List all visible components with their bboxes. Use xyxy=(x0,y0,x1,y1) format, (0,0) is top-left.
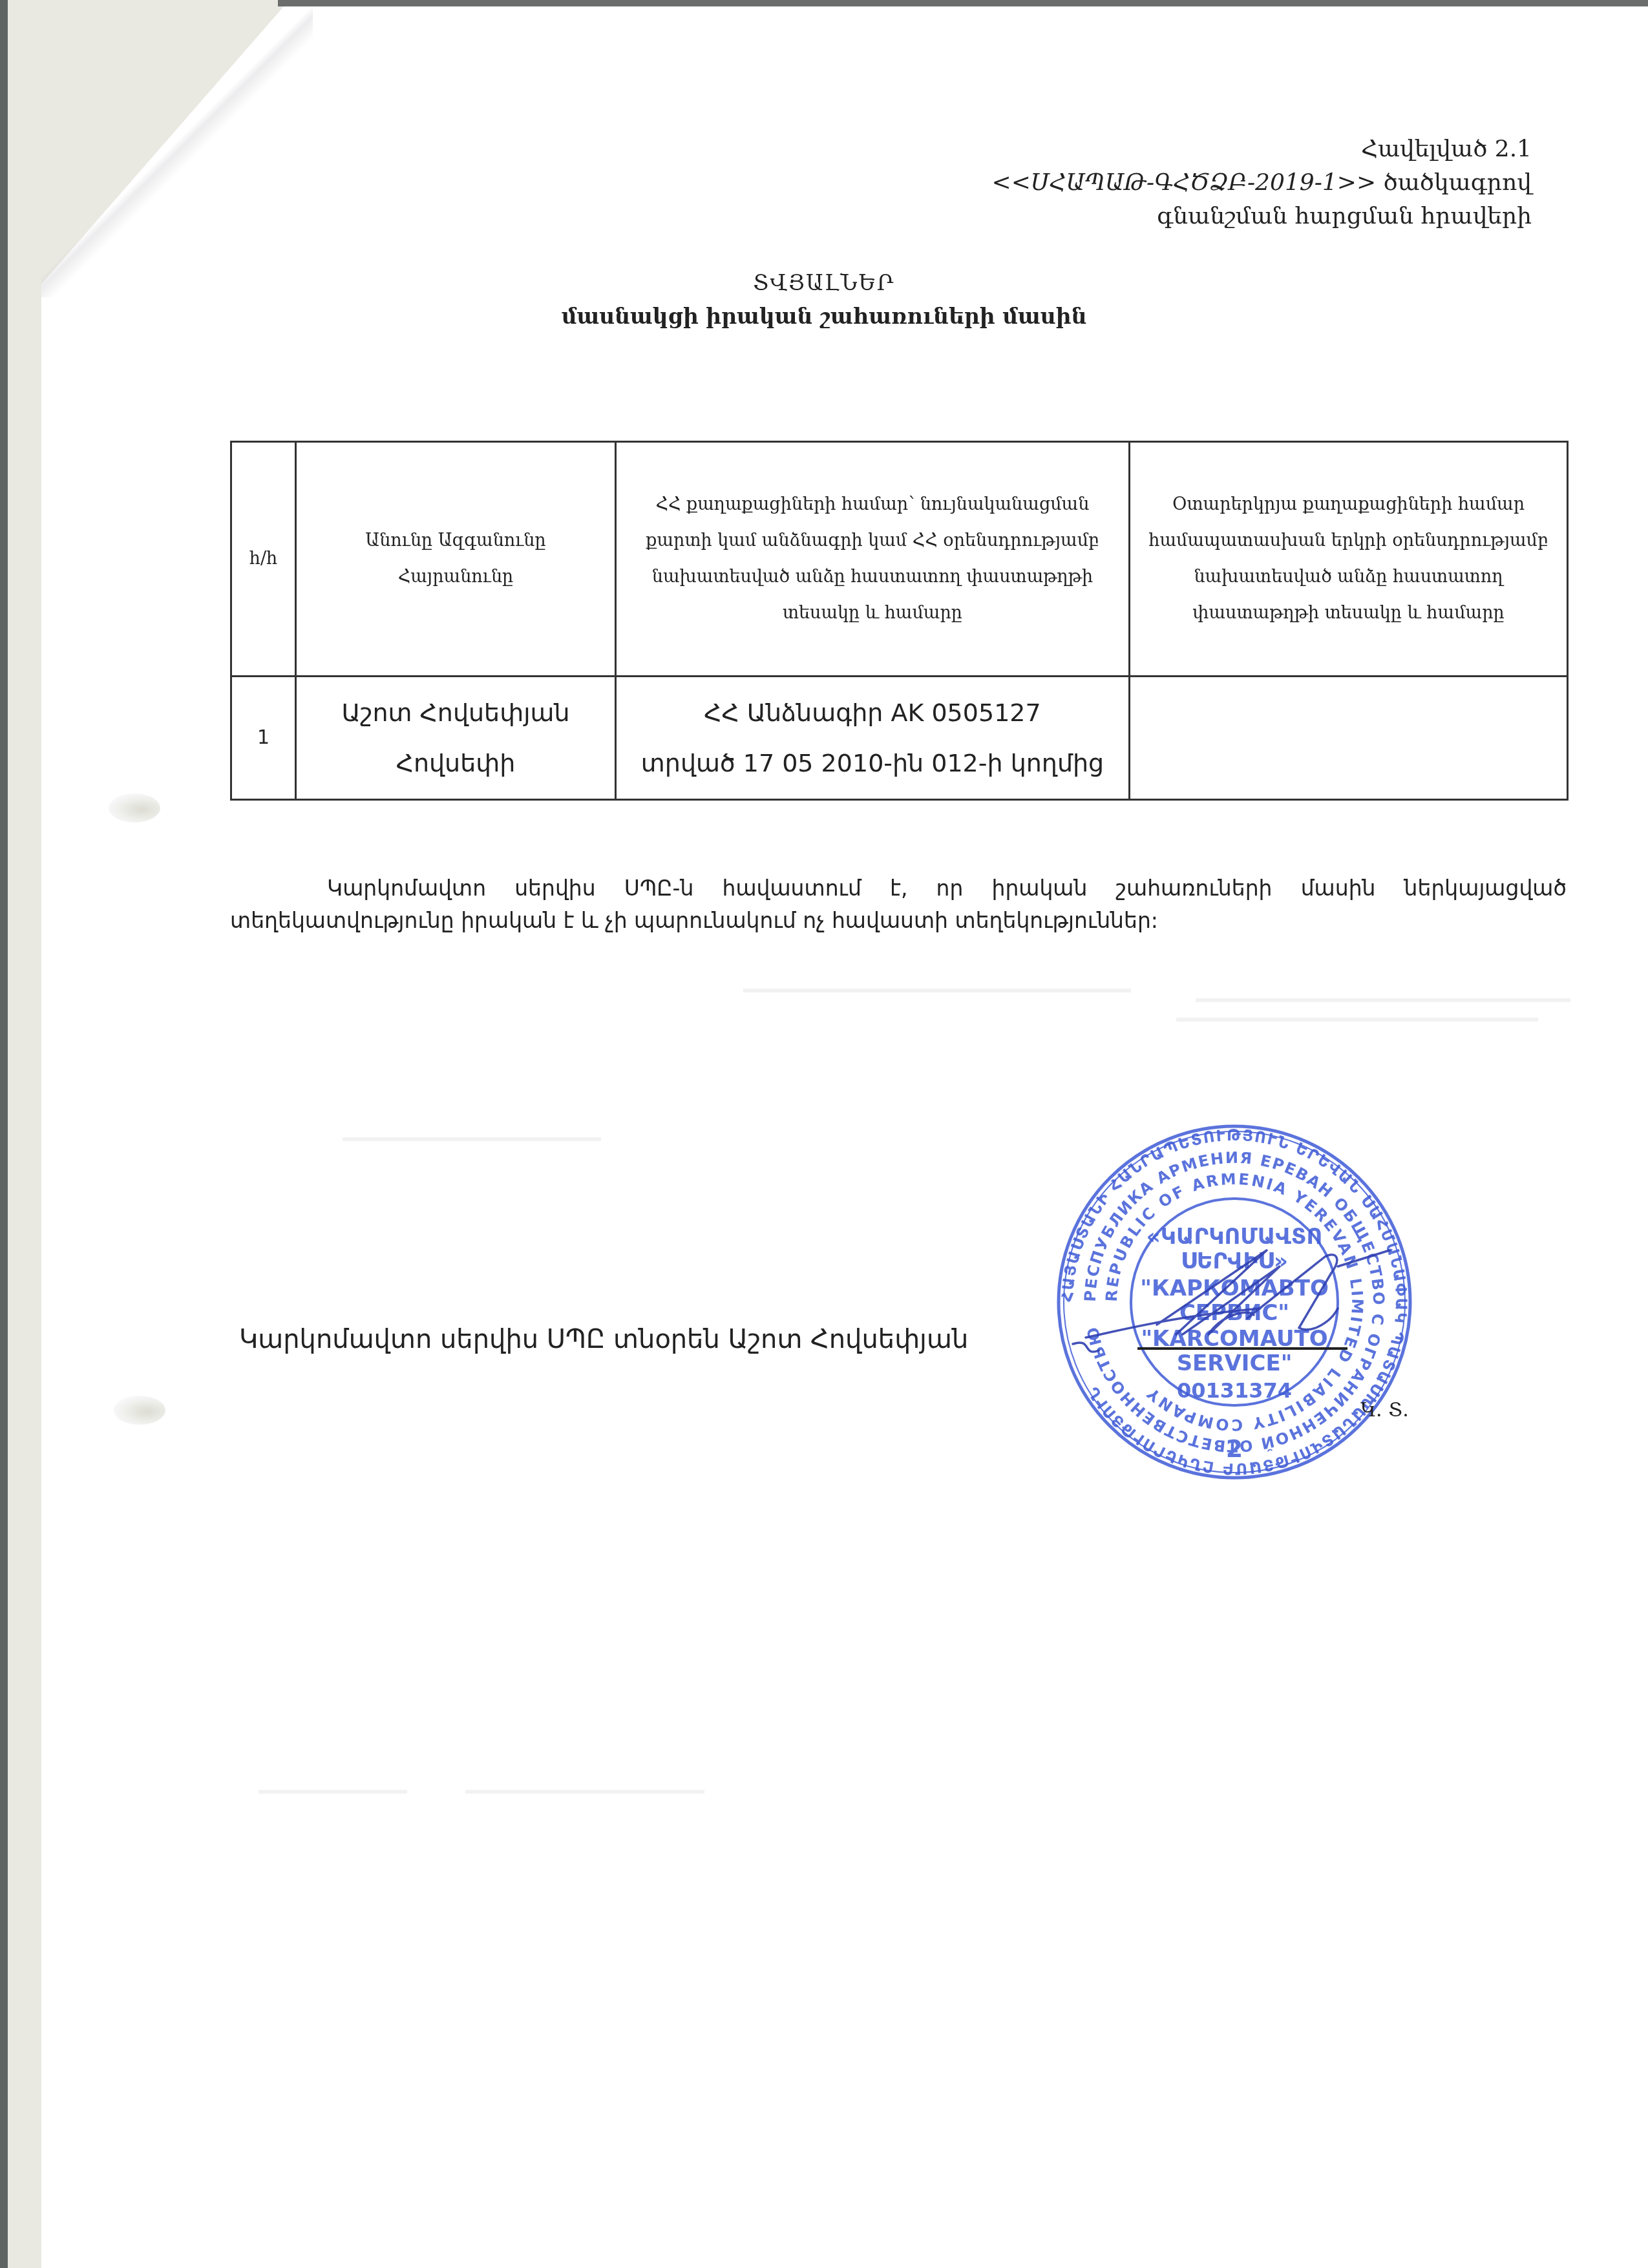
bleed-through-mark xyxy=(743,989,1131,992)
stamp-center-line: «ԿԱՐԿՈՄԱՎՏՈ xyxy=(1146,1224,1323,1250)
annex-header: Հավելված 2.1 <<ՍՀԱՊԱԹ-ԳՀԾՁԲ-2019-1>> ծած… xyxy=(991,132,1532,233)
seal-place-mark: Կ. Տ. xyxy=(1360,1399,1409,1422)
scanner-edge-left xyxy=(0,0,8,2268)
punch-hole-icon xyxy=(114,1396,165,1425)
document-subtitle: մասնակցի իրական շահառուների մասին xyxy=(0,300,1648,333)
scanner-edge-top xyxy=(278,0,1648,6)
director-signature-line: Կարկոմավտո սերվիս ՍՊԸ տնօրեն Աշոտ Հովսեփ… xyxy=(239,1325,968,1354)
annex-code-line: <<ՍՀԱՊԱԹ-ԳՀԾՁԲ-2019-1>> ծածկագրով xyxy=(991,166,1532,200)
header-foreign-citizen-document: Օտարերկրյա քաղաքացիների համար համապատասխ… xyxy=(1130,442,1568,677)
annex-invitation: գնանշման հարցման հրավերի xyxy=(991,200,1532,233)
stamp-center-line: СЕРВИС" xyxy=(1179,1300,1289,1326)
bleed-through-mark xyxy=(343,1137,601,1141)
row-passport-number: ՀՀ Անձնագիր AK 0505127 xyxy=(628,688,1117,738)
header-armenian-citizen-document: ՀՀ քաղաքացիների համար՝ նույնականացման քա… xyxy=(616,442,1130,677)
bleed-through-mark xyxy=(1196,998,1570,1002)
stamp-center-line: ՍԵՐՎԻՍ» xyxy=(1181,1248,1288,1274)
procurement-code: <<ՍՀԱՊԱԹ-ԳՀԾՁԲ-2019-1>> xyxy=(991,169,1376,196)
row-name-surname: Աշոտ Հովսեփյան xyxy=(308,688,603,738)
stamp-center-line: SERVICE" xyxy=(1177,1350,1293,1376)
header-full-name: Անունը Ազգանունը Հայրանունը xyxy=(296,442,616,677)
beneficial-owners-table: հ/հ Անունը Ազգանունը Հայրանունը ՀՀ քաղաք… xyxy=(230,441,1569,801)
row-foreign-document xyxy=(1130,677,1568,800)
document-title: ՏՎՅԱԼՆԵՐ xyxy=(0,266,1648,300)
document-title-block: ՏՎՅԱԼՆԵՐ մասնակցի իրական շահառուների մաս… xyxy=(0,266,1648,333)
stamp-reg-number: 00131374 xyxy=(1177,1378,1292,1403)
bleed-through-mark xyxy=(1176,1018,1538,1022)
row-passport-issued: տրված 17 05 2010-ին 012-ի կողմից xyxy=(628,738,1117,788)
annex-number: Հավելված 2.1 xyxy=(991,132,1532,166)
row-full-name: Աշոտ Հովսեփյան Հովսեփի xyxy=(296,677,616,800)
table-header-row: հ/հ Անունը Ազգանունը Հայրանունը ՀՀ քաղաք… xyxy=(231,442,1568,677)
bleed-through-mark xyxy=(259,1790,407,1794)
attestation-paragraph: Կարկոմավտո սերվիս ՍՊԸ-ն հավաստում է, որ … xyxy=(230,872,1567,937)
company-seal-stamp: ՀԱՅԱՍՏԱՆԻ ՀԱՆՐԱՊԵՏՈՒԹՅՈՒՆ ԵՐԵՎԱՆ ՍԱՀՄԱՆԱ… xyxy=(1053,1121,1415,1483)
stamp-bottom-number: 2 xyxy=(1226,1434,1243,1463)
header-index: հ/հ xyxy=(231,442,296,677)
row-passport: ՀՀ Անձնագիր AK 0505127 տրված 17 05 2010-… xyxy=(616,677,1130,800)
row-index: 1 xyxy=(231,677,296,800)
punch-hole-icon xyxy=(109,793,160,823)
row-patronymic: Հովսեփի xyxy=(308,738,603,788)
table-row: 1 Աշոտ Հովսեփյան Հովսեփի ՀՀ Անձնագիր AK … xyxy=(231,677,1568,800)
annex-code-suffix: ծածկագրով xyxy=(1384,169,1532,196)
bleed-through-mark xyxy=(465,1790,704,1794)
